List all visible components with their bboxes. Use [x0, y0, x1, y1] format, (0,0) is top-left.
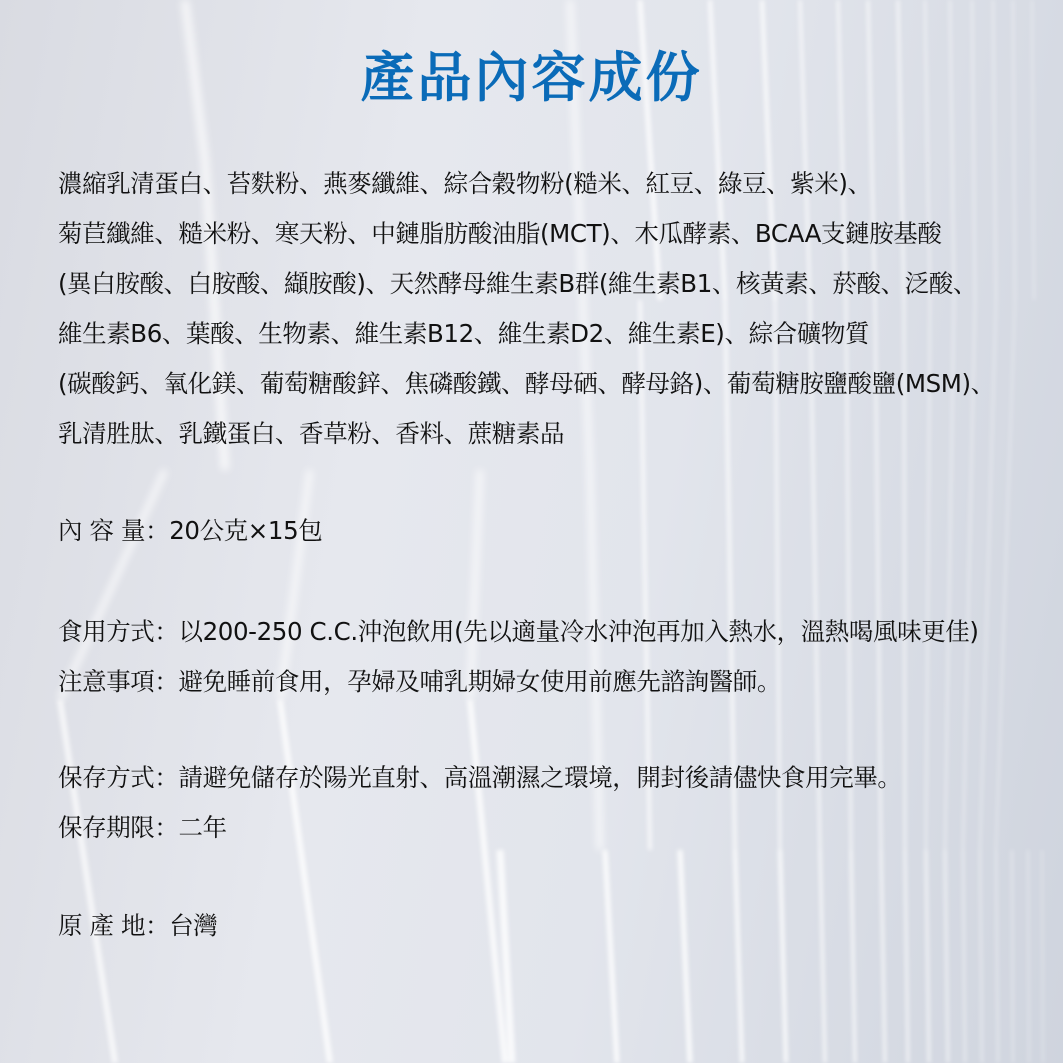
shelf-life-label: 保存期限： [58, 812, 179, 844]
storage-label: 保存方式： [58, 762, 179, 794]
ingredients-line: 濃縮乳清蛋白、苔麩粉、燕麥纖維、綜合穀物粉(糙米、紅豆、綠豆、紫米)、 [58, 168, 872, 200]
ingredients-line: 維生素B6、葉酸、生物素、維生素B12、維生素D2、維生素E)、綜合礦物質 [58, 318, 869, 350]
volume-label: 內 容 量： [58, 515, 169, 547]
storage-value: 請避免儲存於陽光直射、高溫潮濕之環境，開封後請儘快食用完畢。 [179, 763, 902, 792]
ingredients-line: 乳清胜肽、乳鐵蛋白、香草粉、香料、蔗糖素品 [58, 418, 564, 450]
origin-label: 原 產 地： [58, 910, 169, 942]
caution-value: 避免睡前食用，孕婦及哺乳期婦女使用前應先諮詢醫師。 [179, 667, 782, 696]
shelf-life-value: 二年 [179, 813, 227, 842]
volume-row: 內 容 量：20公克×15包 [58, 515, 322, 547]
caution-label: 注意事項： [58, 666, 179, 698]
origin-value: 台灣 [169, 911, 217, 940]
shelf-life-row: 保存期限：二年 [58, 812, 227, 844]
page-title: 產品內容成份 [0, 44, 1063, 112]
usage-value: 以200-250 C.C.沖泡飲用(先以適量冷水沖泡再加入熱水，溫熱喝風味更佳) [179, 617, 979, 646]
caution-row: 注意事項：避免睡前食用，孕婦及哺乳期婦女使用前應先諮詢醫師。 [58, 666, 781, 698]
usage-label: 食用方式： [58, 616, 179, 648]
ingredients-line: 菊苣纖維、糙米粉、寒天粉、中鏈脂肪酸油脂(MCT)、木瓜酵素、BCAA支鏈胺基酸 [58, 218, 942, 250]
ingredients-line: (碳酸鈣、氧化鎂、葡萄糖酸鋅、焦磷酸鐵、酵母硒、酵母鉻)、葡萄糖胺鹽酸鹽(MSM… [58, 368, 995, 400]
storage-row: 保存方式：請避免儲存於陽光直射、高溫潮濕之環境，開封後請儘快食用完畢。 [58, 762, 902, 794]
ingredients-line: (異白胺酸、白胺酸、纈胺酸)、天然酵母維生素B群(維生素B1、核黃素、菸酸、泛酸… [58, 268, 977, 300]
origin-row: 原 產 地：台灣 [58, 910, 217, 942]
usage-row: 食用方式：以200-250 C.C.沖泡飲用(先以適量冷水沖泡再加入熱水，溫熱喝… [58, 616, 979, 648]
volume-value: 20公克×15包 [169, 516, 322, 545]
